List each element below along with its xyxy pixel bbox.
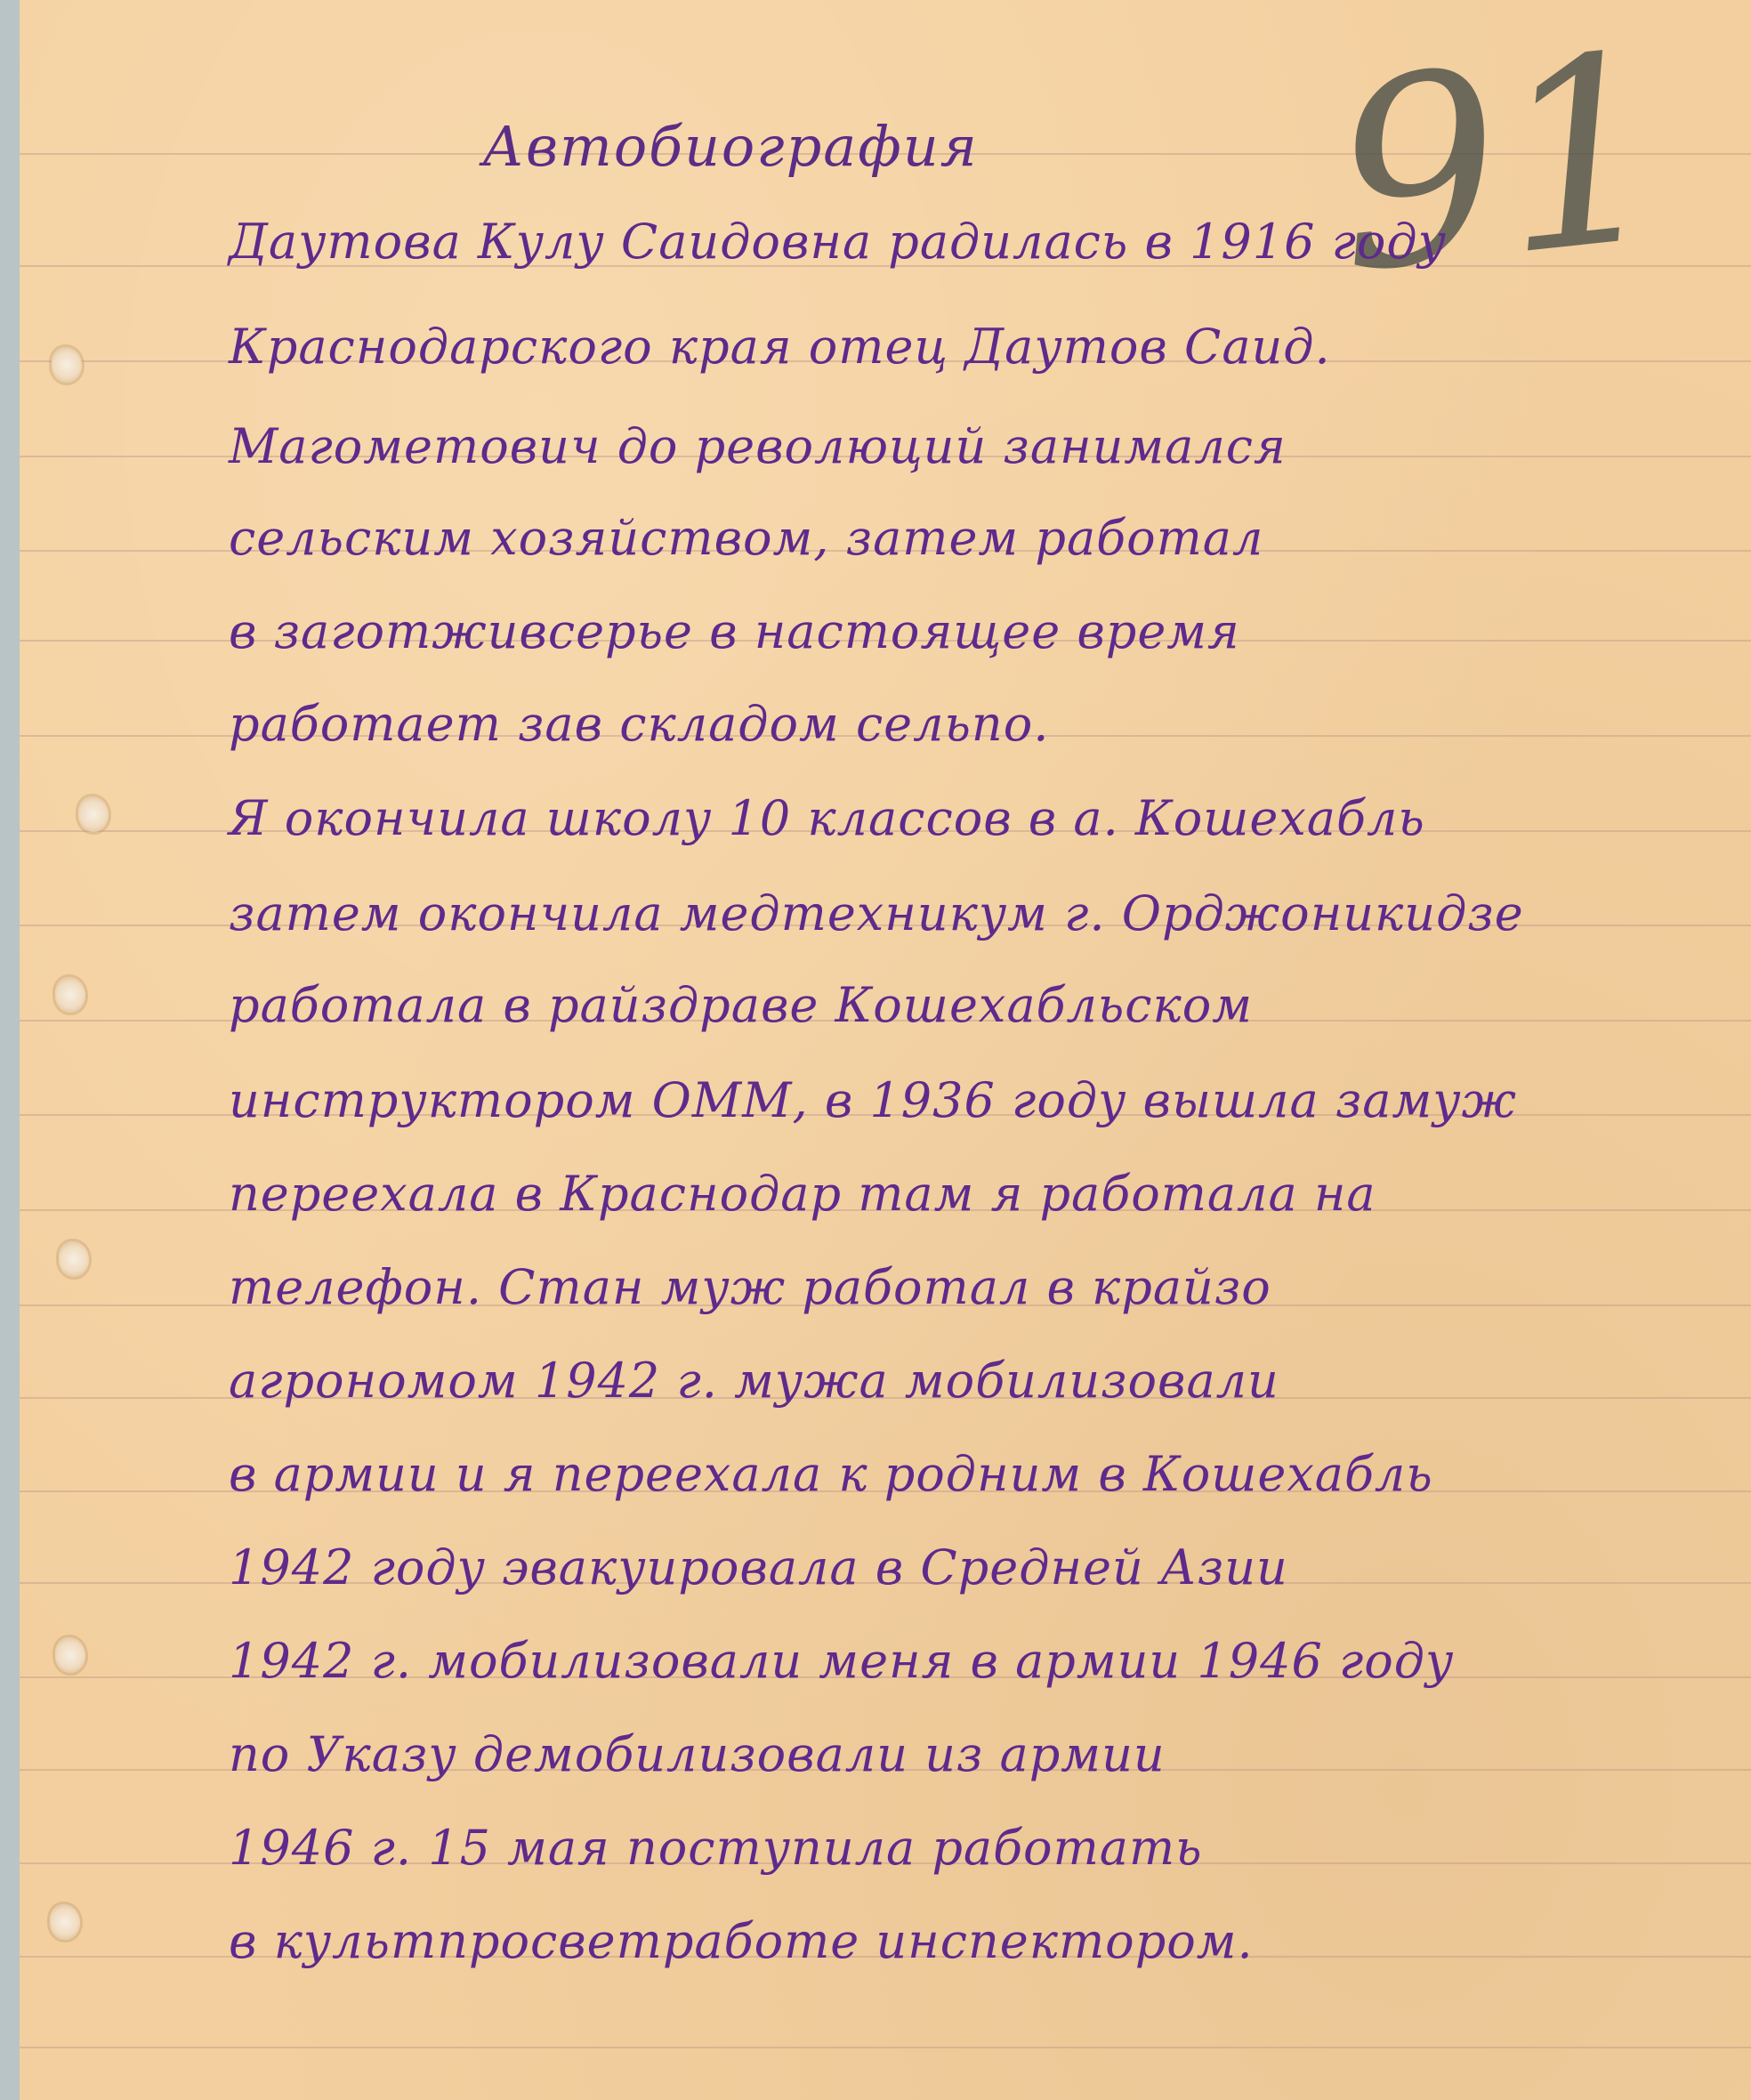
text-line: Краснодарского края отец Даутов Саид. <box>229 319 1331 375</box>
text-line: по Указу демобилизовали из армии <box>229 1726 1166 1782</box>
text-line: в культпросветработе инспектором. <box>229 1913 1254 1969</box>
punch-hole <box>59 1241 89 1277</box>
text-line: телефон. Стан муж работал в крайзо <box>229 1259 1271 1315</box>
text-line: в заготживсерье в настоящее время <box>229 603 1240 659</box>
text-line: работает зав складом сельпо. <box>229 696 1049 752</box>
text-line: переехала в Краснодар там я работала на <box>229 1166 1376 1222</box>
document-page: 91 Автобиография Даутова Кулу Саидовна р… <box>20 0 1751 2100</box>
text-line: сельским хозяйством, затем работал <box>229 510 1263 566</box>
punch-hole <box>55 977 85 1013</box>
text-line: 1942 году эвакуировала в Средней Азии <box>229 1539 1288 1595</box>
text-line: 1942 г. мобилизовали меня в армии 1946 г… <box>229 1633 1454 1689</box>
text-line: агрономом 1942 г. мужа мобилизовали <box>229 1353 1279 1409</box>
document-title: Автобиография <box>482 114 979 179</box>
ruled-line <box>20 2047 1751 2048</box>
text-line: Даутова Кулу Саидовна радилась в 1916 го… <box>229 214 1447 270</box>
punch-hole <box>50 1904 80 1940</box>
text-line: в армии и я переехала к родним в Кошехаб… <box>229 1446 1433 1502</box>
text-line: Я окончила школу 10 классов в а. Кошехаб… <box>229 790 1425 846</box>
text-line: инструктором ОММ, в 1936 году вышла заму… <box>229 1072 1517 1128</box>
text-line: Магометович до революций занимался <box>229 418 1287 474</box>
punch-hole <box>52 347 82 383</box>
text-line: работала в райздраве Кошехабльском <box>229 977 1253 1033</box>
punch-hole <box>55 1637 85 1673</box>
text-line: затем окончила медтехникум г. Орджоникид… <box>229 885 1524 941</box>
punch-hole <box>78 796 109 832</box>
text-line: 1946 г. 15 мая поступила работать <box>229 1820 1203 1876</box>
